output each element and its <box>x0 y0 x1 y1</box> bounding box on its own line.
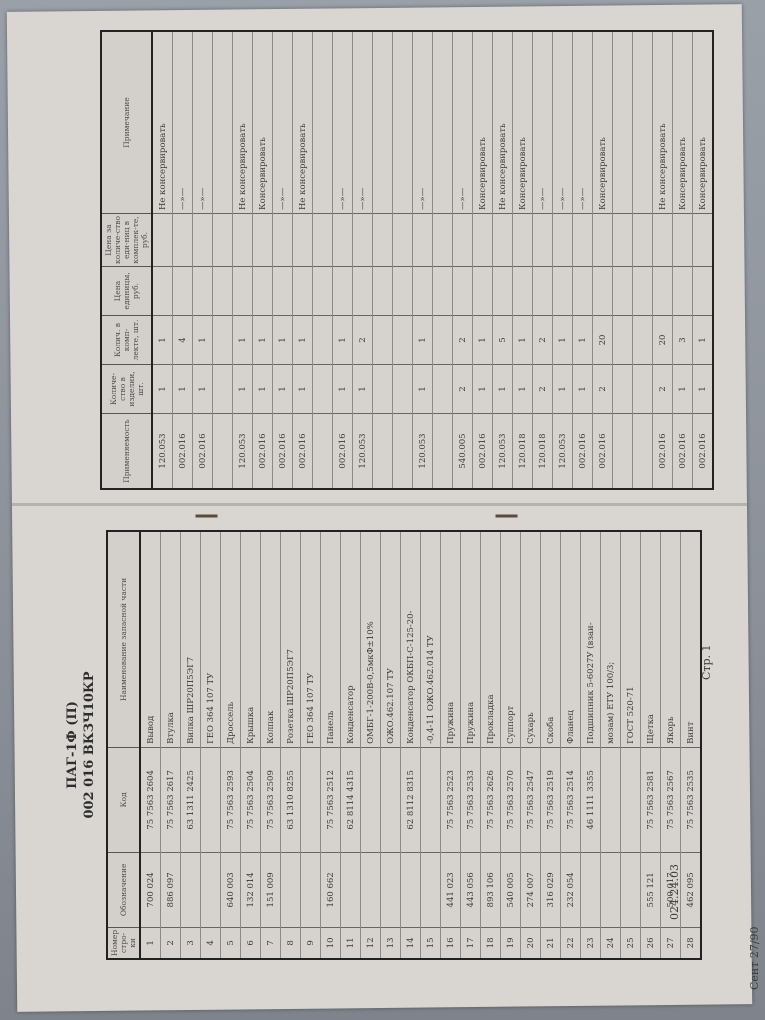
part-name-cell: Колпак <box>261 531 281 747</box>
note-cell <box>613 31 633 214</box>
note-cell: —»— <box>173 31 193 214</box>
unit-price-cell <box>233 267 253 316</box>
qty-item-cell: 1 <box>473 365 493 414</box>
unit-price-cell <box>213 267 233 316</box>
unit-price-cell <box>353 267 373 316</box>
applicability-cell: 002.016 <box>173 414 193 490</box>
note-cell <box>433 31 453 214</box>
code-cell <box>421 747 441 852</box>
footer-date: Сент 27/90 <box>748 850 761 990</box>
qty-item-cell <box>433 365 453 414</box>
note-cell <box>393 31 413 214</box>
total-price-cell <box>513 214 533 267</box>
note-cell: Консервировать <box>253 31 273 214</box>
qty-item-cell: 1 <box>513 365 533 414</box>
table-row: 863 1310 8255Розетка ШР20П5ЭГ7 <box>281 531 301 959</box>
total-price-cell <box>173 214 193 267</box>
part-name-cell: Якорь <box>661 531 681 747</box>
part-name-cell: Винт <box>681 531 702 747</box>
note-cell: —»— <box>453 31 473 214</box>
title-line-1: ПАГ-1Ф (П) <box>64 530 81 960</box>
qty-kit-cell: 1 <box>193 316 213 365</box>
row-number: 27 <box>661 927 681 959</box>
qty-item-cell: 1 <box>173 365 193 414</box>
qty-item-cell <box>633 365 653 414</box>
qty-item-cell: 1 <box>493 365 513 414</box>
header-note: Примечание <box>101 31 152 214</box>
qty-kit-cell: 2 <box>533 316 553 365</box>
applicability-cell: 002.016 <box>673 414 693 490</box>
page-right: Применяемость Количе-ство в изделии, шт.… <box>90 30 750 490</box>
code-cell: 75 7563 2604 <box>140 747 161 852</box>
table-row: 002.01611—»— <box>573 31 593 489</box>
unit-price-cell <box>493 267 513 316</box>
total-price-cell <box>253 214 273 267</box>
qty-kit-cell: 1 <box>273 316 293 365</box>
table-row: 120.05311—»— <box>553 31 573 489</box>
table-row <box>613 31 633 489</box>
designation-cell: 132 014 <box>241 852 261 927</box>
part-name-cell: Конденсатор <box>341 531 361 747</box>
designation-cell <box>581 852 601 927</box>
applicability-cell: 002.016 <box>653 414 673 490</box>
designation-cell: 232 054 <box>561 852 581 927</box>
row-number: 28 <box>681 927 702 959</box>
row-number: 1 <box>140 927 161 959</box>
code-cell: 75 7563 2617 <box>161 747 181 852</box>
total-price-cell <box>373 214 393 267</box>
unit-price-cell <box>293 267 313 316</box>
qty-item-cell: 1 <box>673 365 693 414</box>
total-price-cell <box>333 214 353 267</box>
note-cell <box>373 31 393 214</box>
table-row <box>213 31 233 489</box>
part-name-cell: Пружина <box>441 531 461 747</box>
qty-item-cell <box>373 365 393 414</box>
total-price-cell <box>233 214 253 267</box>
row-number: 10 <box>321 927 341 959</box>
applicability-cell <box>433 414 453 490</box>
table-row: 25ГОСТ 520-71 <box>621 531 641 959</box>
total-price-cell <box>413 214 433 267</box>
table-row: 9ГЕО 364 107 ТУ <box>301 531 321 959</box>
note-cell: Не консервировать <box>233 31 253 214</box>
code-cell <box>301 747 321 852</box>
note-cell <box>213 31 233 214</box>
code-cell <box>601 747 621 852</box>
designation-cell <box>621 852 641 927</box>
header-designation: Обозначение <box>107 852 140 927</box>
qty-item-cell: 2 <box>653 365 673 414</box>
code-cell: 75 7563 2547 <box>521 747 541 852</box>
table-row: 19540 00575 7563 2570Суппорт <box>501 531 521 959</box>
row-number: 11 <box>341 927 361 959</box>
spare-parts-table: Номер стро-ки Обозначение Код Наименован… <box>106 530 702 960</box>
qty-kit-cell: 2 <box>353 316 373 365</box>
table-row: 002.016220Консервировать <box>593 31 613 489</box>
applicability-cell: 002.016 <box>333 414 353 490</box>
designation-cell: 160 662 <box>321 852 341 927</box>
total-price-cell <box>293 214 313 267</box>
header-code: Код <box>107 747 140 852</box>
qty-item-cell: 1 <box>413 365 433 414</box>
qty-kit-cell <box>613 316 633 365</box>
header-qty-item: Количе-ство в изделии, шт. <box>101 365 152 414</box>
note-cell: —»— <box>193 31 213 214</box>
qty-kit-cell: 1 <box>553 316 573 365</box>
qty-item-cell: 1 <box>353 365 373 414</box>
row-number: 23 <box>581 927 601 959</box>
applicability-cell: 120.018 <box>513 414 533 490</box>
table-row: 2346 1111 3355Подшипник 5-6027У (взаи- <box>581 531 601 959</box>
qty-kit-cell <box>433 316 453 365</box>
note-cell: —»— <box>353 31 373 214</box>
unit-price-cell <box>413 267 433 316</box>
note-cell: Не консервировать <box>152 31 173 214</box>
table-row: 12ОМБГ-1-200В-0,5мкФ±10% <box>361 531 381 959</box>
part-name-cell: Фланец <box>561 531 581 747</box>
unit-price-cell <box>333 267 353 316</box>
table-row: 120.01811Консервировать <box>513 31 533 489</box>
designation-cell: 886 097 <box>161 852 181 927</box>
table-row: 120.05311—»— <box>413 31 433 489</box>
unit-price-cell <box>633 267 653 316</box>
table-row: 1162 8114 4315Конденсатор <box>341 531 361 959</box>
note-cell: Не консервировать <box>493 31 513 214</box>
designation-cell <box>201 852 221 927</box>
header-applicability: Применяемость <box>101 414 152 490</box>
applicability-cell <box>393 414 413 490</box>
part-name-cell: Вилка ШР20П5ЭГ7 <box>181 531 201 747</box>
total-price-cell <box>473 214 493 267</box>
table-row: 002.01614—»— <box>173 31 193 489</box>
table-row <box>433 31 453 489</box>
part-name-cell: Крышка <box>241 531 261 747</box>
header-part-name: Наименование запасной части <box>107 531 140 747</box>
table-row: 20274 00775 7563 2547Сухарь <box>521 531 541 959</box>
part-name-cell: -0,4-11 ОЖО.462.014 ТУ <box>421 531 441 747</box>
total-price-cell <box>213 214 233 267</box>
applicability-cell: 002.016 <box>193 414 213 490</box>
code-cell: 46 1111 3355 <box>581 747 601 852</box>
table-row: 002.01611Консервировать <box>473 31 493 489</box>
qty-kit-cell <box>633 316 653 365</box>
qty-kit-cell <box>393 316 413 365</box>
table-row: 002.01611—»— <box>273 31 293 489</box>
designation-cell: 640 003 <box>221 852 241 927</box>
note-cell: Консервировать <box>473 31 493 214</box>
total-price-cell <box>193 214 213 267</box>
table-row: 120.01822—»— <box>533 31 553 489</box>
note-cell: —»— <box>273 31 293 214</box>
table-row: 13ОЖО.462.107 ТУ <box>381 531 401 959</box>
unit-price-cell <box>473 267 493 316</box>
part-name-cell: Дроссель <box>221 531 241 747</box>
qty-kit-cell: 1 <box>413 316 433 365</box>
note-cell: —»— <box>333 31 353 214</box>
code-cell: 75 7563 2593 <box>221 747 241 852</box>
qty-item-cell <box>613 365 633 414</box>
qty-item-cell: 2 <box>533 365 553 414</box>
total-price-cell <box>693 214 714 267</box>
staple-right <box>496 515 518 518</box>
total-price-cell <box>353 214 373 267</box>
part-name-cell: Скоба <box>541 531 561 747</box>
applicability-cell: 120.053 <box>553 414 573 490</box>
designation-cell <box>301 852 321 927</box>
qty-item-cell: 1 <box>693 365 714 414</box>
total-price-cell <box>152 214 173 267</box>
qty-kit-cell: 1 <box>473 316 493 365</box>
table-row: 002.01613Консервировать <box>673 31 693 489</box>
part-name-cell: Розетка ШР20П5ЭГ7 <box>281 531 301 747</box>
row-number: 6 <box>241 927 261 959</box>
applicability-cell: 002.016 <box>473 414 493 490</box>
note-cell: Консервировать <box>593 31 613 214</box>
part-name-cell: Сухарь <box>521 531 541 747</box>
table-row <box>393 31 413 489</box>
code-cell: 75 7563 2570 <box>501 747 521 852</box>
qty-item-cell: 1 <box>573 365 593 414</box>
designation-cell: 441 023 <box>441 852 461 927</box>
part-name-cell: Суппорт <box>501 531 521 747</box>
qty-kit-cell: 5 <box>493 316 513 365</box>
part-name-cell: ОЖО.462.107 ТУ <box>381 531 401 747</box>
total-price-cell <box>573 214 593 267</box>
code-cell: 75 7563 2519 <box>541 747 561 852</box>
qty-kit-cell: 1 <box>233 316 253 365</box>
qty-item-cell: 1 <box>253 365 273 414</box>
row-number: 7 <box>261 927 281 959</box>
table-row: 16441 02375 7563 2523Пружина <box>441 531 461 959</box>
row-number: 18 <box>481 927 501 959</box>
table-row: 002.01611Консервировать <box>253 31 273 489</box>
qty-kit-cell <box>373 316 393 365</box>
applicability-cell: 002.016 <box>693 414 714 490</box>
row-number: 4 <box>201 927 221 959</box>
applicability-cell <box>213 414 233 490</box>
qty-kit-cell: 1 <box>293 316 313 365</box>
unit-price-cell <box>553 267 573 316</box>
qty-kit-cell: 20 <box>653 316 673 365</box>
designation-cell: 316 029 <box>541 852 561 927</box>
unit-price-cell <box>653 267 673 316</box>
row-number: 3 <box>181 927 201 959</box>
applicability-cell: 002.016 <box>593 414 613 490</box>
unit-price-cell <box>573 267 593 316</box>
table-row: 28462 09575 7563 2535Винт <box>681 531 702 959</box>
row-number: 9 <box>301 927 321 959</box>
part-name-cell: Пружина <box>461 531 481 747</box>
unit-price-cell <box>593 267 613 316</box>
total-price-cell <box>673 214 693 267</box>
qty-kit-cell: 4 <box>173 316 193 365</box>
applicability-cell: 120.053 <box>493 414 513 490</box>
unit-price-cell <box>373 267 393 316</box>
code-cell <box>361 747 381 852</box>
total-price-cell <box>533 214 553 267</box>
code-cell: 75 7563 2512 <box>321 747 341 852</box>
qty-kit-cell: 1 <box>253 316 273 365</box>
footer-doc-number: 024.24.03 <box>668 780 681 920</box>
part-name-cell: Панель <box>321 531 341 747</box>
qty-kit-cell: 2 <box>453 316 473 365</box>
total-price-cell <box>613 214 633 267</box>
qty-kit-cell <box>313 316 333 365</box>
header-qty-kit: Колич. в комп-лекте, шт. <box>101 316 152 365</box>
code-cell: 62 8114 4315 <box>341 747 361 852</box>
part-name-cell: Конденсатор ОКБП-С-125-20- <box>401 531 421 747</box>
note-cell <box>313 31 333 214</box>
designation-cell: 151 009 <box>261 852 281 927</box>
total-price-cell <box>433 214 453 267</box>
table-row: 2886 09775 7563 2617Втулка <box>161 531 181 959</box>
code-cell: 75 7563 2533 <box>461 747 481 852</box>
code-cell: 63 1310 8255 <box>281 747 301 852</box>
row-number: 16 <box>441 927 461 959</box>
row-number: 15 <box>421 927 441 959</box>
designation-cell: 274 007 <box>521 852 541 927</box>
total-price-cell <box>493 214 513 267</box>
code-cell: 63 1311 2425 <box>181 747 201 852</box>
row-number: 13 <box>381 927 401 959</box>
row-number: 17 <box>461 927 481 959</box>
applicability-cell <box>313 414 333 490</box>
code-cell <box>621 747 641 852</box>
table-row: 24мозам) ЕТУ 100/3; <box>601 531 621 959</box>
code-cell: 75 7563 2535 <box>681 747 702 852</box>
applicability-table: Применяемость Количе-ство в изделии, шт.… <box>100 30 714 490</box>
table-row: 1462 8112 8315Конденсатор ОКБП-С-125-20- <box>401 531 421 959</box>
note-cell <box>633 31 653 214</box>
table-row: 002.016220Не консервировать <box>653 31 673 489</box>
applicability-cell: 120.018 <box>533 414 553 490</box>
applicability-cell: 540.005 <box>453 414 473 490</box>
table-row: 002.01611Консервировать <box>693 31 714 489</box>
unit-price-cell <box>513 267 533 316</box>
footer-page-number: Стр. 1 <box>700 600 713 680</box>
qty-kit-cell <box>213 316 233 365</box>
row-number: 21 <box>541 927 561 959</box>
table-row: 1700 02475 7563 2604Вывод <box>140 531 161 959</box>
applicability-cell: 002.016 <box>273 414 293 490</box>
qty-item-cell: 1 <box>553 365 573 414</box>
qty-item-cell: 1 <box>333 365 353 414</box>
code-cell: 75 7563 2509 <box>261 747 281 852</box>
note-cell: Не консервировать <box>293 31 313 214</box>
qty-item-cell <box>393 365 413 414</box>
table-row: 17443 05675 7563 2533Пружина <box>461 531 481 959</box>
note-cell: Не консервировать <box>653 31 673 214</box>
applicability-cell: 120.053 <box>152 414 173 490</box>
part-name-cell: мозам) ЕТУ 100/3; <box>601 531 621 747</box>
designation-cell <box>281 852 301 927</box>
row-number: 12 <box>361 927 381 959</box>
qty-kit-cell: 1 <box>333 316 353 365</box>
table-row: 26555 12175 7563 2581Щетка <box>641 531 661 959</box>
note-cell: —»— <box>533 31 553 214</box>
applicability-cell: 002.016 <box>253 414 273 490</box>
applicability-cell <box>373 414 393 490</box>
row-number: 19 <box>501 927 521 959</box>
part-name-cell: Прокладка <box>481 531 501 747</box>
part-name-cell: Щетка <box>641 531 661 747</box>
qty-item-cell: 2 <box>593 365 613 414</box>
table-row: 4ГЕО 364 107 ТУ <box>201 531 221 959</box>
part-name-cell: ОМБГ-1-200В-0,5мкФ±10% <box>361 531 381 747</box>
table-row: 002.01611—»— <box>333 31 353 489</box>
designation-cell <box>401 852 421 927</box>
designation-cell: 700 024 <box>140 852 161 927</box>
qty-item-cell: 2 <box>453 365 473 414</box>
total-price-cell <box>653 214 673 267</box>
table-row: 120.05311Не консервировать <box>152 31 173 489</box>
qty-item-cell <box>313 365 333 414</box>
table-row: 15-0,4-11 ОЖО.462.014 ТУ <box>421 531 441 959</box>
total-price-cell <box>553 214 573 267</box>
unit-price-cell <box>152 267 173 316</box>
qty-item-cell <box>213 365 233 414</box>
note-cell: Консервировать <box>513 31 533 214</box>
document-title: ПАГ-1Ф (П) 002 016 ВКЗЧ10КР <box>64 530 98 960</box>
applicability-cell <box>613 414 633 490</box>
unit-price-cell <box>313 267 333 316</box>
row-number: 5 <box>221 927 241 959</box>
header-unit-price: Цена единицы, руб. <box>101 267 152 316</box>
part-name-cell: Подшипник 5-6027У (взаи- <box>581 531 601 747</box>
unit-price-cell <box>613 267 633 316</box>
part-name-cell: ГЕО 364 107 ТУ <box>301 531 321 747</box>
note-cell: —»— <box>573 31 593 214</box>
qty-kit-cell: 1 <box>573 316 593 365</box>
unit-price-cell <box>433 267 453 316</box>
total-price-cell <box>313 214 333 267</box>
table-row: 120.05311Не консервировать <box>233 31 253 489</box>
applicability-cell <box>633 414 653 490</box>
table-row: 10160 66275 7563 2512Панель <box>321 531 341 959</box>
applicability-cell: 002.016 <box>573 414 593 490</box>
header-total-price: Цена за количе-ство еди-ниц в комплек-те… <box>101 214 152 267</box>
table-row: 120.05312—»— <box>353 31 373 489</box>
table-row <box>373 31 393 489</box>
designation-cell <box>341 852 361 927</box>
code-cell: 75 7563 2523 <box>441 747 461 852</box>
part-name-cell: Втулка <box>161 531 181 747</box>
table-row: 540.00522—»— <box>453 31 473 489</box>
table-row: 120.05315Не консервировать <box>493 31 513 489</box>
unit-price-cell <box>273 267 293 316</box>
table-row: 5640 00375 7563 2593Дроссель <box>221 531 241 959</box>
row-number: 14 <box>401 927 421 959</box>
designation-cell: 540 005 <box>501 852 521 927</box>
unit-price-cell <box>173 267 193 316</box>
applicability-cell: 120.053 <box>413 414 433 490</box>
unit-price-cell <box>193 267 213 316</box>
designation-cell: 555 121 <box>641 852 661 927</box>
designation-cell <box>381 852 401 927</box>
qty-kit-cell: 3 <box>673 316 693 365</box>
qty-item-cell: 1 <box>193 365 213 414</box>
header-row-number: Номер стро-ки <box>107 927 140 959</box>
note-cell: —»— <box>553 31 573 214</box>
designation-cell: 893 106 <box>481 852 501 927</box>
table-row: 363 1311 2425Вилка ШР20П5ЭГ7 <box>181 531 201 959</box>
unit-price-cell <box>673 267 693 316</box>
designation-cell <box>361 852 381 927</box>
qty-item-cell: 1 <box>293 365 313 414</box>
total-price-cell <box>633 214 653 267</box>
designation-cell <box>601 852 621 927</box>
